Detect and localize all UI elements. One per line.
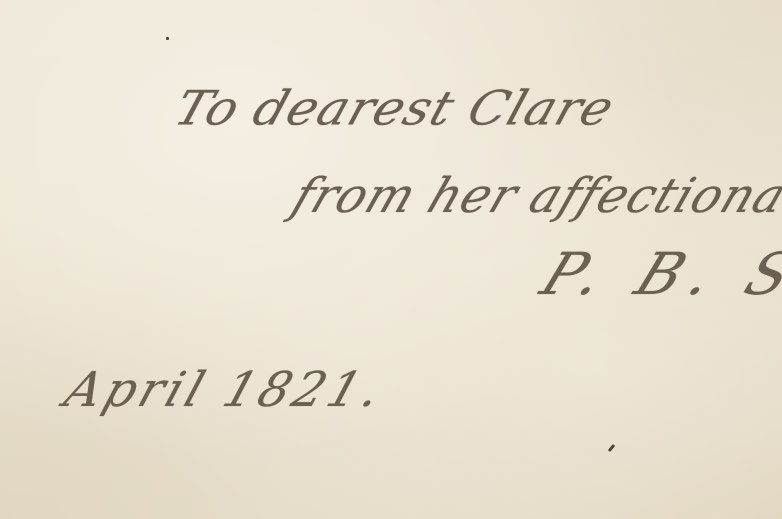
ink-speck bbox=[166, 37, 169, 40]
inscription-from-line: from her affectionate bbox=[285, 168, 782, 224]
inscription-signature-initials: P. B. S. bbox=[532, 240, 782, 308]
inscription-date: April 1821. bbox=[58, 362, 392, 418]
inscription-dedication: To dearest Clare bbox=[168, 81, 621, 136]
